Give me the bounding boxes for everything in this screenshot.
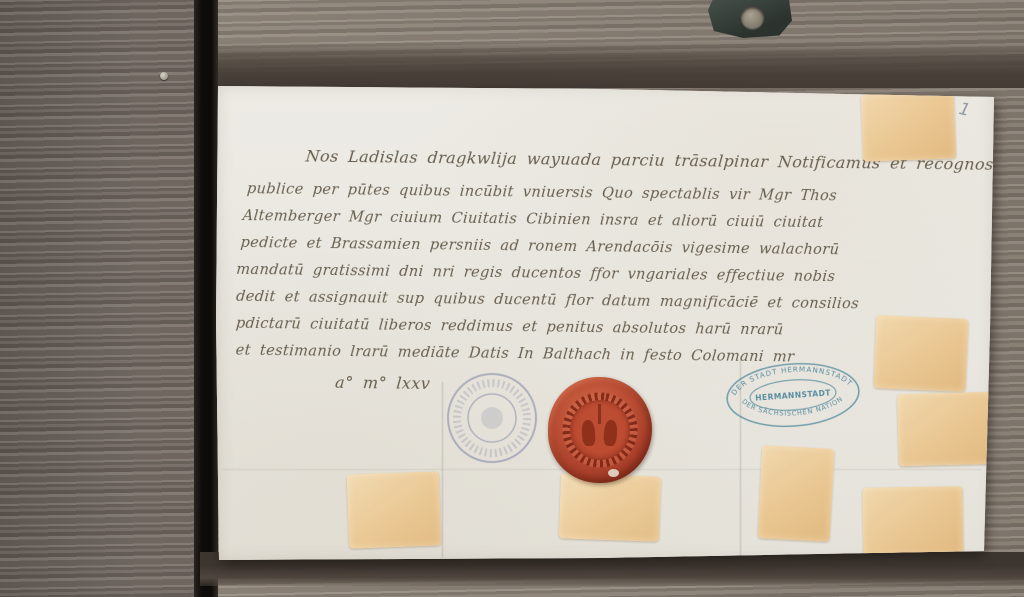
manuscript-line: pedicte et Brassamien persniis ad ronem … bbox=[240, 235, 840, 258]
wood-board-left bbox=[0, 0, 196, 597]
seal-figure bbox=[603, 420, 618, 447]
seal-figure bbox=[581, 420, 596, 447]
wax-patch bbox=[862, 486, 963, 556]
seal-center-device bbox=[570, 400, 630, 460]
stamp-center-text: HERMANNSTADT bbox=[755, 388, 832, 402]
manuscript-line: et testimanio lrarū mediāte Datis In Bal… bbox=[235, 343, 795, 366]
wax-patch bbox=[758, 445, 835, 542]
wax-patch bbox=[897, 392, 994, 466]
wax-patch bbox=[559, 473, 661, 541]
manuscript-line: dedit et assignauit sup quibus ducentū f… bbox=[235, 289, 859, 313]
metal-fitting-hole bbox=[741, 6, 764, 29]
parchment-document: Nos Ladislas dragkwlija wayuada parciu t… bbox=[214, 82, 998, 564]
wax-patch bbox=[873, 315, 968, 392]
wax-patch bbox=[347, 471, 442, 548]
manuscript-line: mandatū gratissimi dni nri regis ducento… bbox=[236, 262, 836, 285]
wax-patch bbox=[861, 91, 956, 161]
photograph: Nos Ladislas dragkwlija wayuada parciu t… bbox=[0, 0, 1024, 597]
document-wrapper: Nos Ladislas dragkwlija wayuada parciu t… bbox=[214, 82, 998, 564]
manuscript-line: Altemberger Mgr ciuium Ciuitatis Cibinie… bbox=[242, 208, 824, 231]
red-wax-seal bbox=[548, 377, 652, 483]
nail-head bbox=[160, 72, 168, 80]
metal-fitting bbox=[708, 0, 792, 38]
seal-staff bbox=[598, 404, 601, 424]
oval-archive-stamp: DER STADT HERMANNSTADT HERMANNSTADT DER … bbox=[721, 355, 866, 435]
manuscript-line: pdictarū ciuitatū liberos reddimus et pe… bbox=[235, 316, 784, 339]
manuscript-dateline: a° m° lxxv bbox=[334, 373, 431, 393]
manuscript-line: publice per pūtes quibus incūbit vniuers… bbox=[246, 181, 837, 204]
seal-chip bbox=[608, 469, 619, 477]
round-archive-stamp bbox=[440, 366, 544, 470]
